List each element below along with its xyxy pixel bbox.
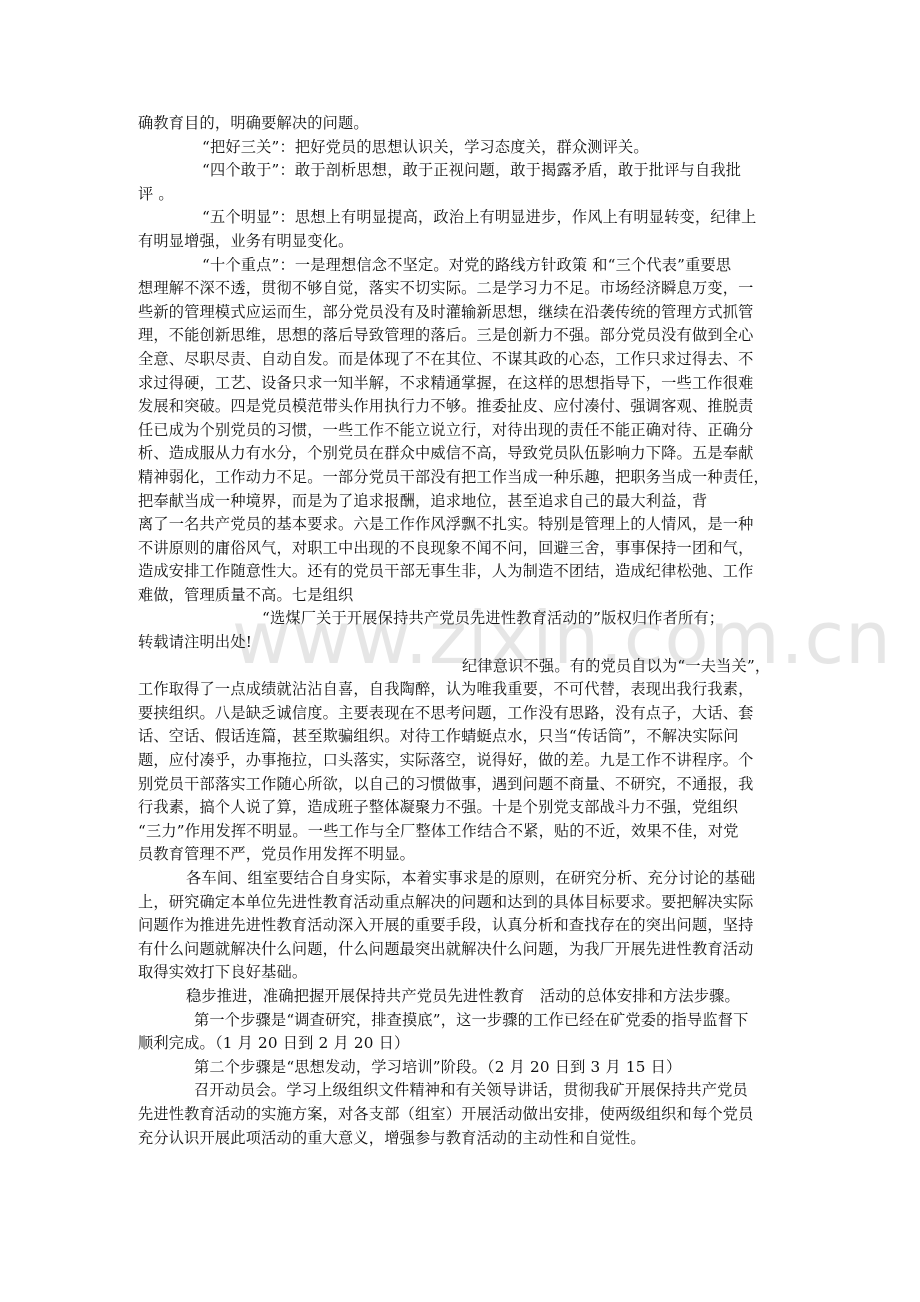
text-line: 顺利完成。（1 月 20 日到 2 月 20 日） [138, 1032, 788, 1056]
text-line: 工作取得了一点成绩就沾沾自喜，自我陶醉，认为唯我重要，不可代替，表现出我行我素， [138, 678, 788, 702]
text-line: 精神弱化，工作动力不足。一部分党员干部没有把工作当成一种乐趣，把职务当成一种责任… [138, 466, 788, 490]
text-line: 确教育目的，明确要解决的问题。 [138, 112, 788, 136]
text-line: 理，不能创新思维，思想的落后导致管理的落后。三是创新力不强。部分党员没有做到全心 [138, 324, 788, 348]
text-line: 先进性教育活动的实施方案，对各支部（组室）开展活动做出安排，使两级组织和每个党员 [138, 1103, 788, 1127]
text-line: 各车间、组室要结合自身实际，本着实事求是的原则，在研究分析、充分讨论的基础 [138, 867, 788, 891]
text-line: 取得实效打下良好基础。 [138, 961, 788, 985]
section-heading: 稳步推进，准确把握开展保持共产党员先进性教育 活动的总体安排和方法步骤。 [138, 985, 788, 1009]
text-line: 充分认识开展此项活动的重大意义，增强参与教育活动的主动性和自觉性。 [138, 1127, 788, 1151]
text-line: 纪律意识不强。有的党员自以为“一夫当关”， [138, 655, 788, 679]
text-line: 问题作为推进先进性教育活动深入开展的重要手段，认真分析和查找存在的突出问题，坚持 [138, 914, 788, 938]
document-page: 确教育目的，明确要解决的问题。 “把好三关”：把好党员的思想认识关，学习态度关，… [138, 112, 788, 1150]
text-line: 有明显增强，业务有明显变化。 [138, 230, 788, 254]
text-line: 任已成为个别党员的习惯，一些工作不能立说立行，对待出现的责任不能正确对待、正确分 [138, 419, 788, 443]
text-line: 上，研究确定本单位先进性教育活动重点解决的问题和达到的具体目标要求。要把解决实际 [138, 891, 788, 915]
text-line: 员教育管理不严，党员作用发挥不明显。 [138, 843, 788, 867]
text-line: “把好三关”：把好党员的思想认识关，学习态度关，群众测评关。 [138, 136, 788, 160]
text-line: “三力”作用发挥不明显。一些工作与全厂整体工作结合不紧，贴的不近，效果不佳，对党 [138, 820, 788, 844]
text-line: 话、空话、假话连篇，甚至欺骗组织。对待工作蜻蜓点水，只当“传话筒”，不解决实际问 [138, 725, 788, 749]
text-line: “十个重点”：一是理想信念不坚定。对党的路线方针政策 和“三个代表”重要思 [138, 254, 788, 278]
text-line: 第二个步骤是“思想发动，学习培训”阶段。（2 月 20 日到 3 月 15 日） [138, 1056, 788, 1080]
text-line: 不讲原则的庸俗风气，对职工中出现的不良现象不闻不问，回避三舍，事事保持一团和气， [138, 537, 788, 561]
text-line: 全意、尽职尽责、自动自发。而是体现了不在其位、不谋其政的心态，工作只求过得去、不 [138, 348, 788, 372]
text-line: 别党员干部落实工作随心所欲，以自己的习惯做事，遇到问题不商量、不研究，不通报，我 [138, 773, 788, 797]
text-line: 求过得硬，工艺、设备只求一知半解，不求精通掌握，在这样的思想指导下，一些工作很难 [138, 372, 788, 396]
text-line: 评 。 [138, 183, 788, 207]
text-line: 行我素，搞个人说了算，造成班子整体凝聚力不强。十是个别党支部战斗力不强，党组织 [138, 796, 788, 820]
text-line: 想理解不深不透，贯彻不够自觉，落实不切实际。二是学习力不足。市场经济瞬息万变，一 [138, 277, 788, 301]
text-line: 有什么问题就解决什么问题，什么问题最突出就解决什么问题，为我厂开展先进性教育活动 [138, 938, 788, 962]
copyright-notice: 转载请注明出处! [138, 631, 788, 655]
text-line: 难做，管理质量不高。七是组织 [138, 584, 788, 608]
text-line: 些新的管理模式应运而生，部分党员没有及时灌输新思想，继续在沿袭传统的管理方式抓管 [138, 301, 788, 325]
text-line: 离了一名共产党员的基本要求。六是工作作风浮飘不扎实。特别是管理上的人情风，是一种 [138, 513, 788, 537]
text-line: 把奉献当成一种境界，而是为了追求报酬，追求地位，甚至追求自己的最大利益，背 [138, 490, 788, 514]
text-line: 造成安排工作随意性大。还有的党员干部无事生非，人为制造不团结，造成纪律松弛、工作 [138, 560, 788, 584]
text-line: 召开动员会。学习上级组织文件精神和有关领导讲话，贯彻我矿开展保持共产党员 [138, 1079, 788, 1103]
copyright-notice: “选煤厂关于开展保持共产党员先进性教育活动的”版权归作者所有； [138, 607, 788, 631]
text-line: 题，应付凑乎，办事拖拉，口头落实，实际落空，说得好，做的差。九是工作不讲程序。个 [138, 749, 788, 773]
text-line: “五个明显”：思想上有明显提高，政治上有明显进步，作风上有明显转变，纪律上 [138, 206, 788, 230]
text-line: 发展和突破。四是党员模范带头作用执行力不够。推委扯皮、应付凑付、强调客观、推脱责 [138, 395, 788, 419]
text-line: 析、造成服从力有水分，个别党员在群众中威信不高，导致党员队伍影响力下降。五是奉献 [138, 442, 788, 466]
text-line: 第一个步骤是“调查研究，排查摸底”，这一步骤的工作已经在矿党委的指导监督下 [138, 1009, 788, 1033]
text-line: 要挟组织。八是缺乏诚信度。主要表现在不思考问题，工作没有思路，没有点子，大话、套 [138, 702, 788, 726]
text-line: “四个敢于”：敢于剖析思想，敢于正视问题，敢于揭露矛盾，敢于批评与自我批 [138, 159, 788, 183]
